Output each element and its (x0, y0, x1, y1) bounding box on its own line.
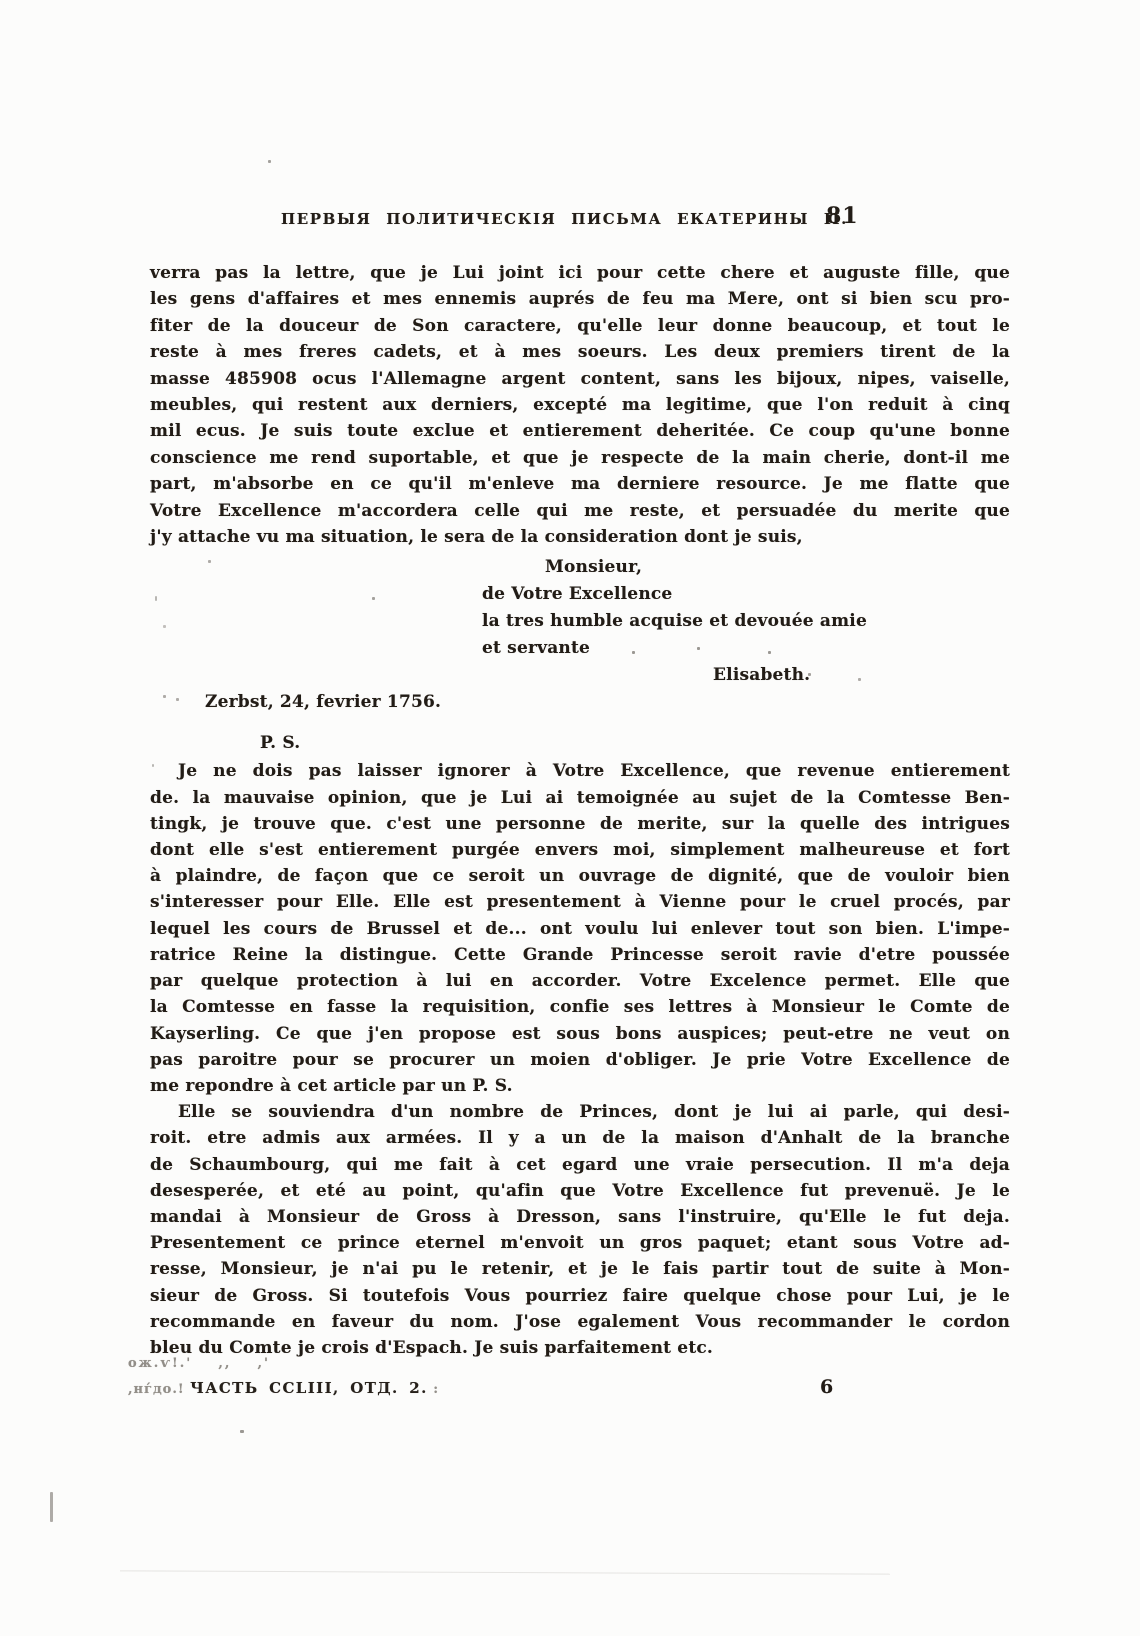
text-line: ratrice Reine la distingue. Cette Grande… (150, 942, 1010, 968)
volume-caption: ЧАСТЬ CCLIII, ОТД. 2. (190, 1379, 428, 1397)
text-line: masse 485908 ocus l'Allemagne argent con… (150, 366, 1010, 392)
text-line: bleu du Comte je crois d'Espach. Je suis… (150, 1335, 1010, 1361)
scan-artifact (50, 1492, 53, 1522)
scan-artifact (808, 673, 811, 676)
text-line: de. la mauvaise opinion, que je Lui ai t… (150, 785, 1010, 811)
text-line: meubles, qui restent aux derniers, excep… (150, 392, 1010, 418)
text-line: dont elle s'est entierement purgée enver… (150, 837, 1010, 863)
text-line: part, m'absorbe en ce qu'il m'enleve ma … (150, 471, 1010, 497)
scan-artifact (858, 678, 861, 681)
text-line: fiter de la douceur de Son caractere, qu… (150, 313, 1010, 339)
text-line: verra pas la lettre, que je Lui joint ic… (150, 260, 1010, 286)
scan-artifact (176, 698, 179, 701)
text-line: me repondre à cet article par un P. S. (150, 1073, 1010, 1099)
text-line: Presentement ce prince eternel m'envoit … (150, 1230, 1010, 1256)
postscript-paragraph-1: Je ne dois pas laisser ignorer à Votre E… (150, 758, 1010, 1099)
letter-closing: Monsieur, de Votre Excellence la tres hu… (150, 554, 1010, 716)
scan-artifact (697, 647, 700, 650)
paragraph-continuation: verra pas la lettre, que je Lui joint ic… (150, 260, 1010, 550)
dateline: Zerbst, 24, fevrier 1756. (205, 689, 1010, 716)
closing-line-servant: et servante (482, 635, 1010, 662)
text-line: recommande en faveur du nom. J'ose egale… (150, 1309, 1010, 1335)
text-line: par quelque protection à lui en accorder… (150, 968, 1010, 994)
book-page: ПЕРВЫЯ ПОЛИТИЧЕСКІЯ ПИСЬМА ЕКАТЕРИНЫ II.… (0, 0, 1140, 1636)
scan-artifact (208, 560, 211, 563)
text-line: mandai à Monsieur de Gross à Dresson, sa… (150, 1204, 1010, 1230)
scan-artifact (240, 1430, 244, 1433)
text-line: sieur de Gross. Si toutefois Vous pourri… (150, 1283, 1010, 1309)
closing-line-from: de Votre Excellence (482, 581, 1010, 608)
scan-artifact (632, 651, 635, 654)
postscript-label: P. S. (260, 730, 1010, 756)
text-line: à plaindre, de façon que ce seroit un ou… (150, 863, 1010, 889)
page-edge-shadow (120, 1570, 890, 1574)
scan-artifact (268, 160, 271, 163)
text-line: Votre Excellence m'accordera celle qui m… (150, 498, 1010, 524)
text-line: conscience me rend suportable, et que je… (150, 445, 1010, 471)
text-line: de Schaumbourg, qui me fait à cet egard … (150, 1152, 1010, 1178)
footer-line: ,нѓдо.! ЧАСТЬ CCLIII, ОТД. 2. : (128, 1379, 439, 1397)
postscript-paragraph-2: Elle se souviendra d'un nombre de Prince… (150, 1099, 1010, 1361)
closing-line-humble: la tres humble acquise et devouée amie (482, 608, 1010, 635)
text-line: les gens d'affaires et mes ennemis aupré… (150, 286, 1010, 312)
scan-smudge-trailing: : (428, 1382, 439, 1397)
text-line: Je ne dois pas laisser ignorer à Votre E… (150, 758, 1010, 784)
text-line: j'y attache vu ma situation, le sera de … (150, 524, 1010, 550)
text-line: desesperée, et eté au point, qu'afin que… (150, 1178, 1010, 1204)
text-line: lequel les cours de Brussel et de... ont… (150, 916, 1010, 942)
signature-name: Elisabeth. (713, 662, 1010, 689)
scan-artifact (152, 764, 154, 767)
text-line: tingk, je trouve que. c'est une personne… (150, 811, 1010, 837)
text-line: reste à mes freres cadets, et à mes soeu… (150, 339, 1010, 365)
page-number: 81 (826, 203, 859, 229)
scan-artifact (155, 596, 157, 601)
text-line: roit. etre admis aux armées. Il y a un d… (150, 1125, 1010, 1151)
text-line: pas paroitre pour se procurer un moien d… (150, 1047, 1010, 1073)
scan-smudge-prefix: ,нѓдо.! (128, 1382, 190, 1397)
text-line: la Comtesse en fasse la requisition, con… (150, 994, 1010, 1020)
text-line: Elle se souviendra d'un nombre de Prince… (150, 1099, 1010, 1125)
text-line: resse, Monsieur, je n'ai pu le retenir, … (150, 1256, 1010, 1282)
text-line: s'interesser pour Elle. Elle est present… (150, 889, 1010, 915)
scan-artifact (163, 625, 166, 628)
running-header-title: ПЕРВЫЯ ПОЛИТИЧЕСКІЯ ПИСЬМА ЕКАТЕРИНЫ II. (281, 210, 848, 228)
closing-salutation: Monsieur, (545, 554, 1010, 581)
scan-artifact (768, 651, 771, 654)
sheet-signature-number: 6 (820, 1376, 833, 1398)
scan-artifact (163, 695, 166, 698)
letter-body: verra pas la lettre, que je Lui joint ic… (150, 260, 1010, 1361)
text-line: Kayserling. Ce que j'en propose est sous… (150, 1021, 1010, 1047)
text-line: mil ecus. Je suis toute exclue et entier… (150, 418, 1010, 444)
scan-artifact (372, 597, 375, 600)
scan-smudge-top: ож.ѵ!.' ,, ,' (128, 1356, 270, 1371)
